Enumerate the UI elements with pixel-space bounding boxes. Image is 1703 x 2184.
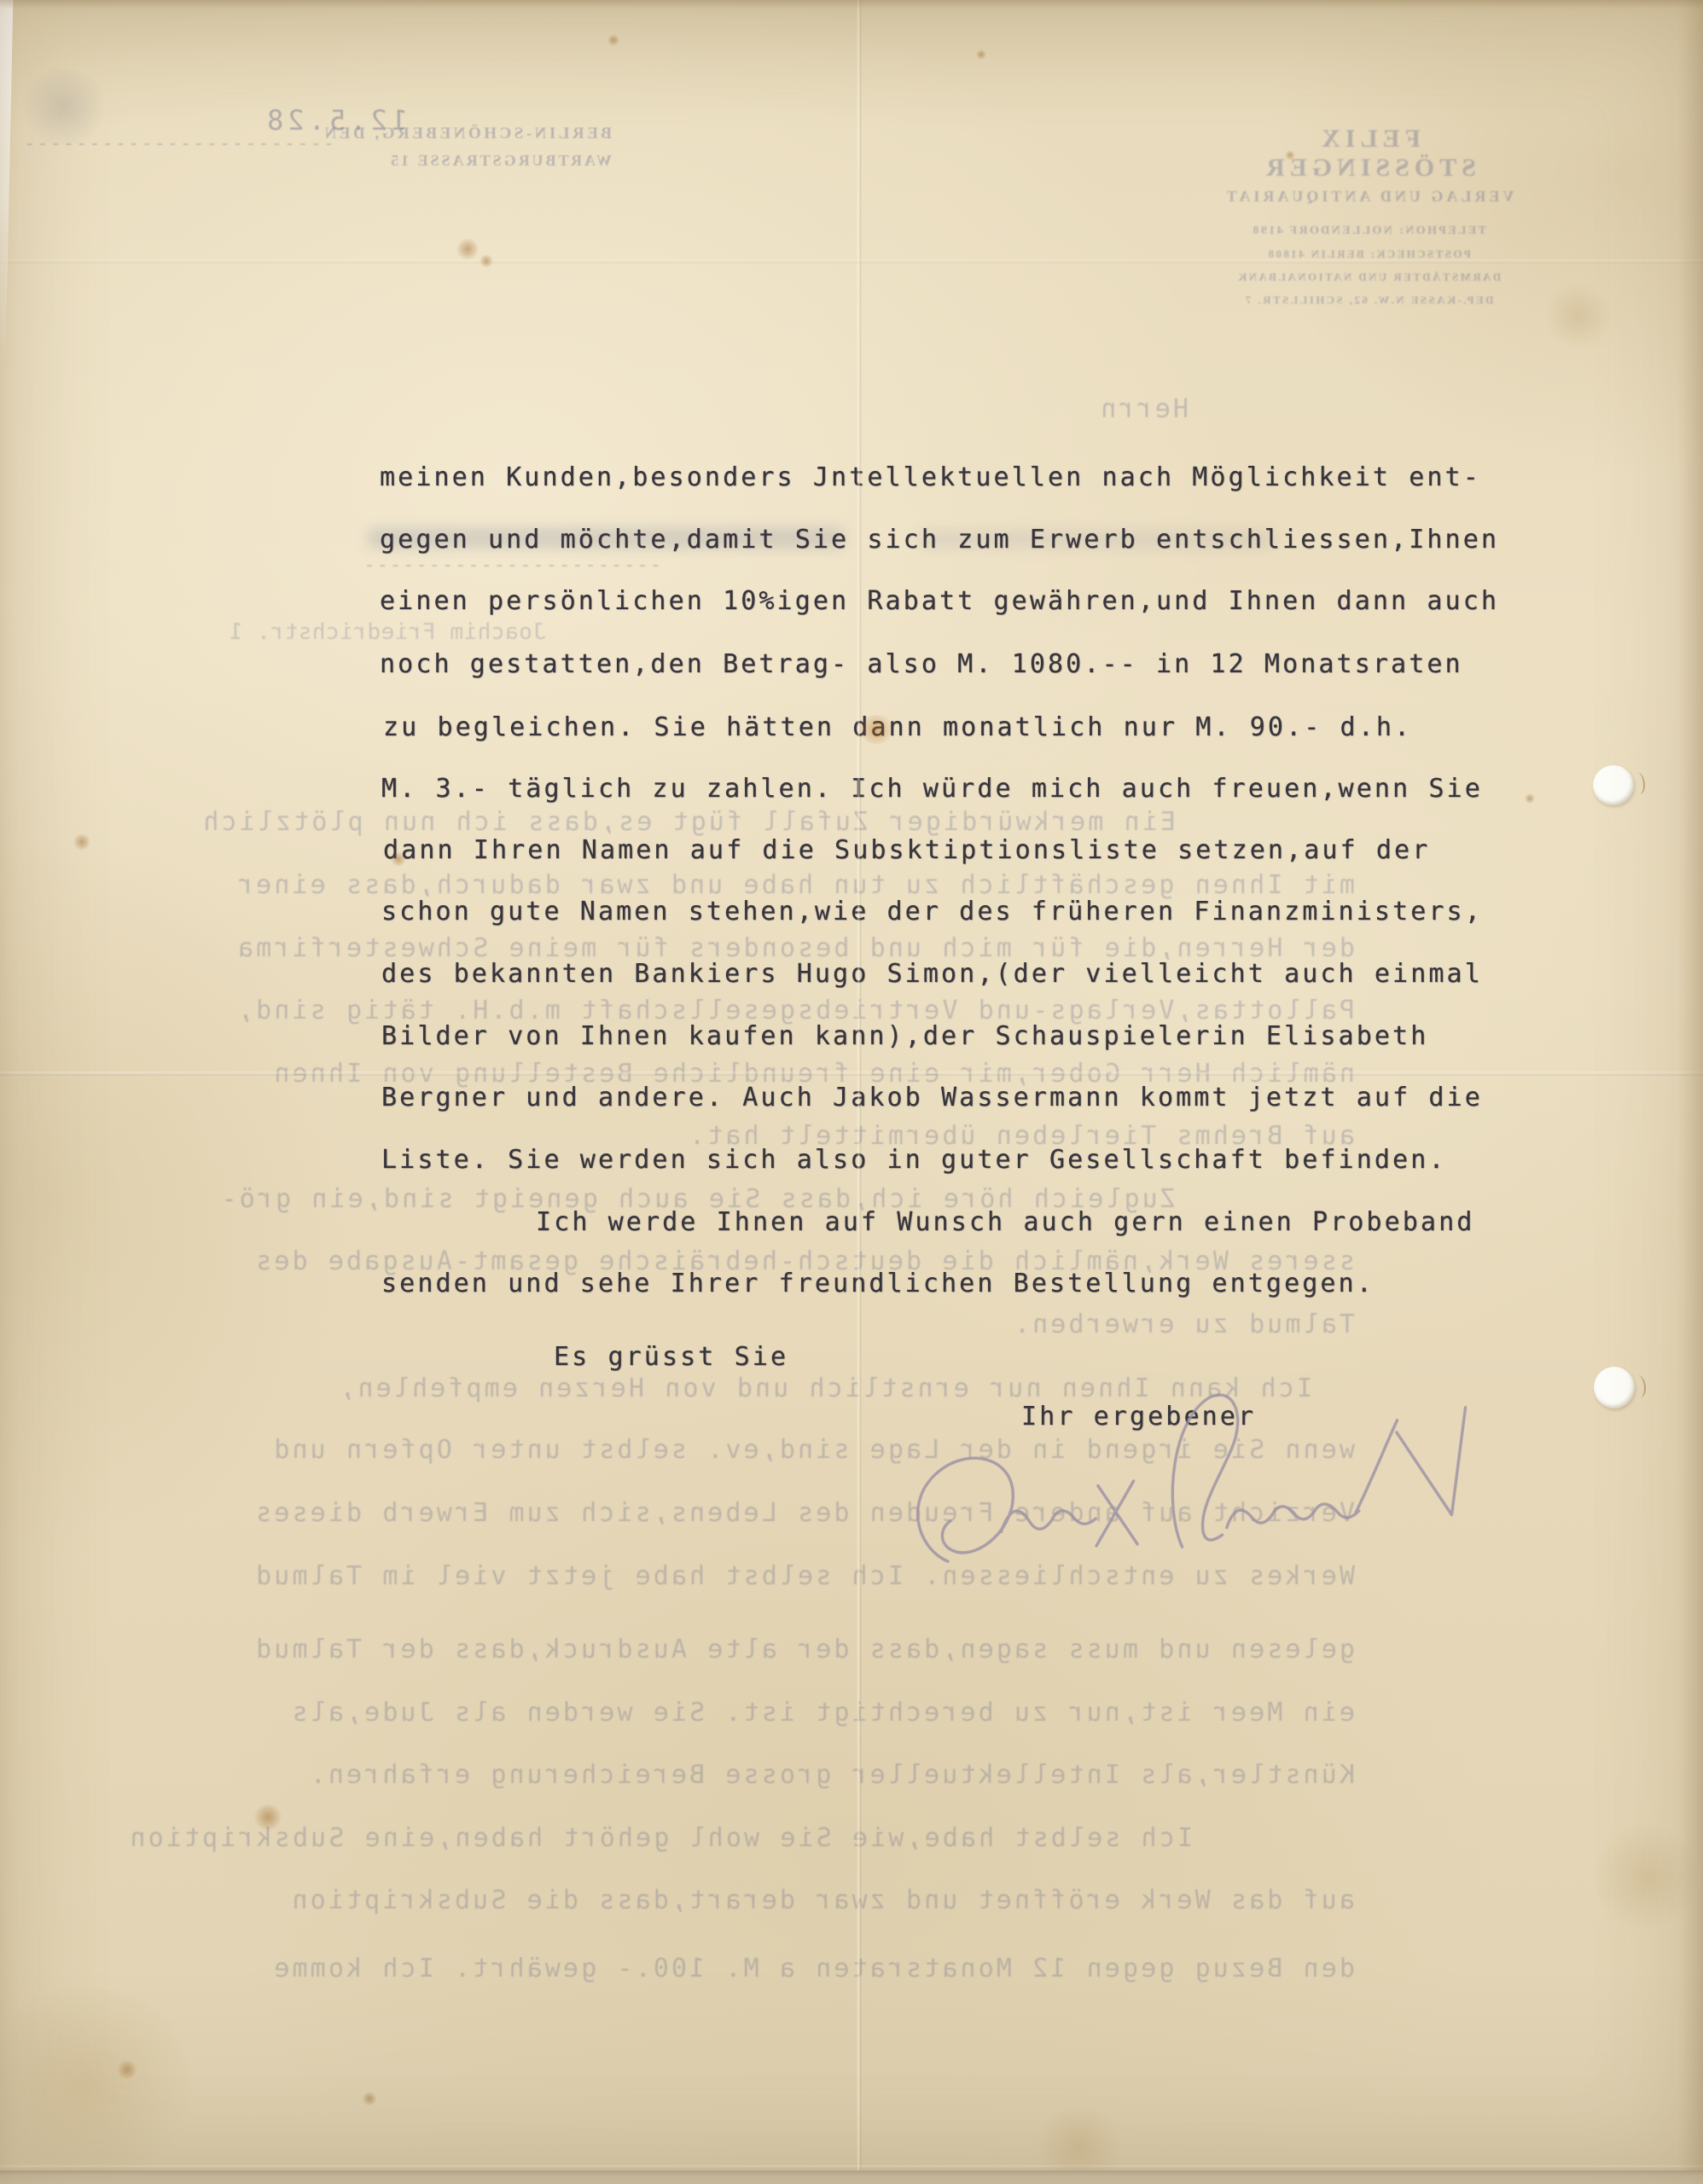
aging-vignette (0, 0, 1703, 2184)
letter-page: 12.5.28 ------------------------ BERLIN-… (0, 0, 1703, 2184)
